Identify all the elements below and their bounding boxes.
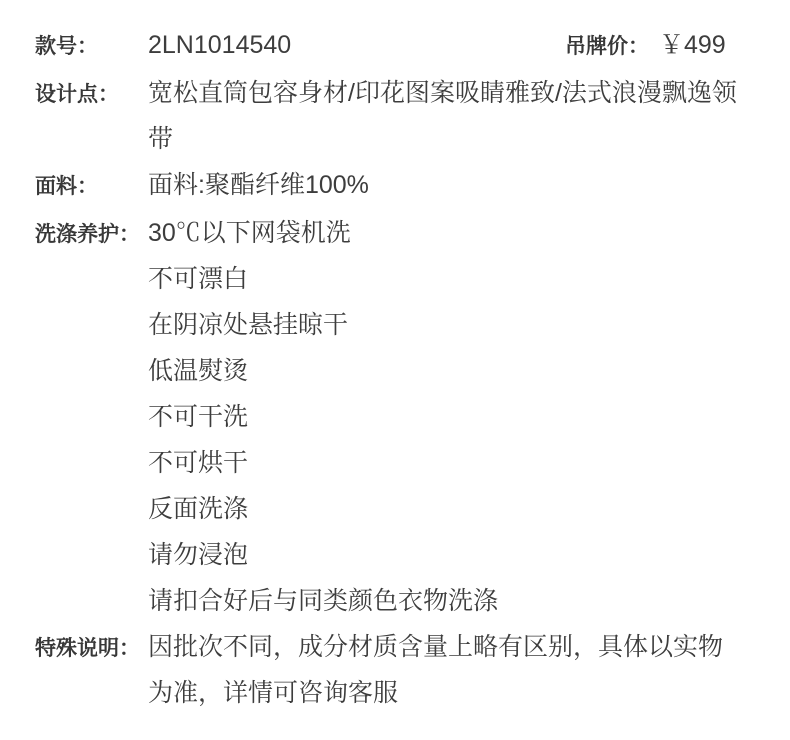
special-note-label: 特殊说明： xyxy=(35,626,148,672)
design-point-row: 设计点： 宽松直筒包容身材/印花图案吸睛雅致/法式浪漫飘逸领带 xyxy=(35,70,790,162)
care-instruction-item: 在阴凉处悬挂晾干 xyxy=(148,302,746,348)
care-label: 洗涤养护： xyxy=(35,212,148,258)
fabric-row: 面料： 面料:聚酯纤维100% xyxy=(35,162,790,210)
care-instruction-item: 请勿浸泡 xyxy=(148,532,746,578)
care-instruction-item: 低温熨烫 xyxy=(148,348,746,394)
style-number-label: 款号： xyxy=(35,24,148,70)
tag-price-label: 吊牌价： xyxy=(565,24,649,70)
care-instruction-item: 反面洗涤 xyxy=(148,486,746,532)
care-instruction-list: 30℃以下网袋机洗 不可漂白 在阴凉处悬挂晾干 低温熨烫 不可干洗 不可烘干 反… xyxy=(148,210,746,624)
special-note-row: 特殊说明： 因批次不同，成分材质含量上略有区别，具体以实物为准，详情可咨询客服 xyxy=(35,624,790,716)
tag-price-group: 吊牌价： ￥499 xyxy=(565,22,726,70)
care-instruction-item: 不可漂白 xyxy=(148,256,746,302)
design-point-label: 设计点： xyxy=(35,72,148,118)
care-row: 洗涤养护： 30℃以下网袋机洗 不可漂白 在阴凉处悬挂晾干 低温熨烫 不可干洗 … xyxy=(35,210,790,624)
care-instruction-item: 请扣合好后与同类颜色衣物洗涤 xyxy=(148,578,746,624)
product-spec-sheet: 款号： 2LN1014540 吊牌价： ￥499 设计点： 宽松直筒包容身材/印… xyxy=(0,0,790,716)
care-instruction-item: 30℃以下网袋机洗 xyxy=(148,210,746,256)
care-instruction-item: 不可干洗 xyxy=(148,394,746,440)
design-point-value: 宽松直筒包容身材/印花图案吸睛雅致/法式浪漫飘逸领带 xyxy=(148,70,746,162)
tag-price-value: ￥499 xyxy=(659,22,726,68)
style-number-row: 款号： 2LN1014540 吊牌价： ￥499 xyxy=(35,22,790,70)
special-note-value: 因批次不同，成分材质含量上略有区别，具体以实物为准，详情可咨询客服 xyxy=(148,624,746,716)
fabric-label: 面料： xyxy=(35,164,148,210)
care-instruction-item: 不可烘干 xyxy=(148,440,746,486)
fabric-value: 面料:聚酯纤维100% xyxy=(148,162,746,208)
